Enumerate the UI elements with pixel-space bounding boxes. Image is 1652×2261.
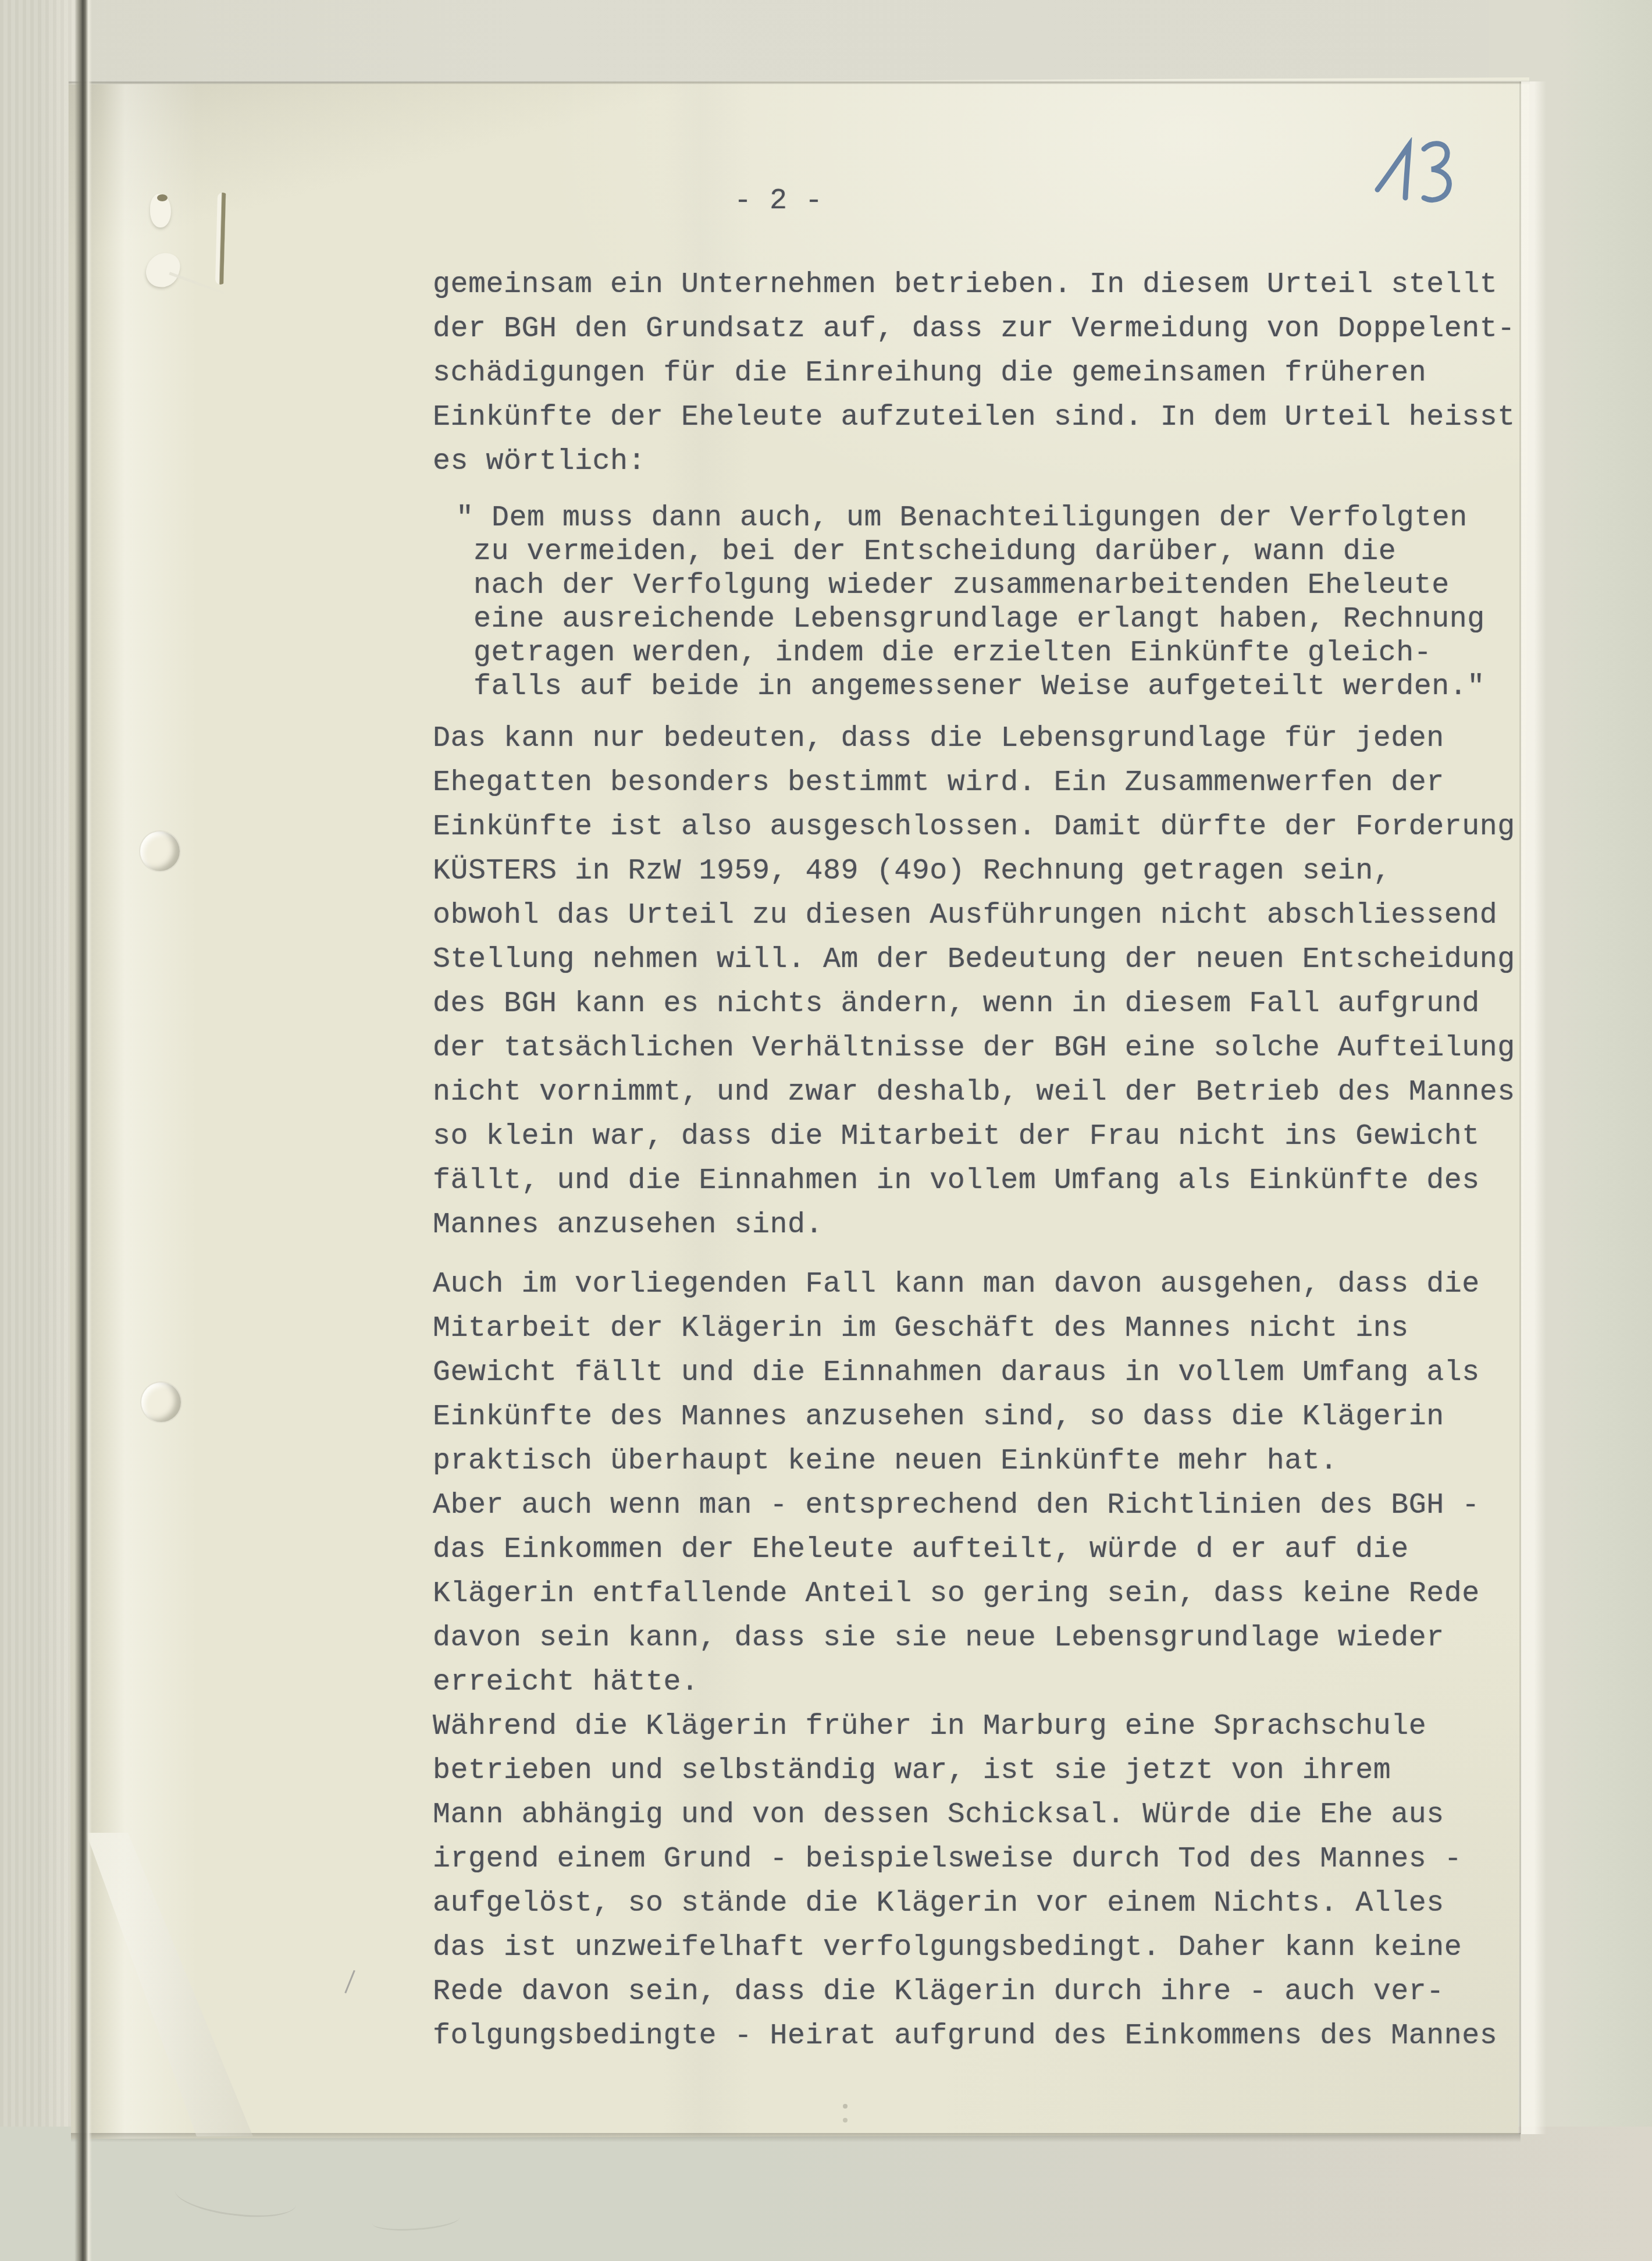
text-line: gemeinsam ein Unternehmen betrieben. In … bbox=[433, 263, 1550, 307]
page-bottom-edge-shadow bbox=[71, 2133, 1521, 2142]
text-line: zu vermeiden, bei der Entscheidung darüb… bbox=[433, 535, 1550, 569]
text-line: Einkünfte ist also ausgeschlossen. Damit… bbox=[433, 805, 1550, 849]
text-line: Ehegatten besonders bestimmt wird. Ein Z… bbox=[433, 761, 1550, 805]
digit-3-stroke bbox=[1424, 144, 1449, 200]
text-line: betrieben und selbständig war, ist sie j… bbox=[433, 1749, 1550, 1793]
text-line: irgend einem Grund - beispielsweise durc… bbox=[433, 1837, 1550, 1882]
text-line: Rede davon sein, dass die Klägerin durch… bbox=[433, 1970, 1550, 2014]
text-line: das ist unzweifelhaft verfolgungsbedingt… bbox=[433, 1926, 1550, 1970]
text-line: Auch im vorliegenden Fall kann man davon… bbox=[433, 1263, 1550, 1307]
text-line: Einkünfte des Mannes anzusehen sind, so … bbox=[433, 1395, 1550, 1439]
text-line: nach der Verfolgung wieder zusammenarbei… bbox=[433, 569, 1550, 603]
text-line: Mann abhängig und von dessen Schicksal. … bbox=[433, 1793, 1550, 1837]
text-line: fällt, und die Einnahmen in vollem Umfan… bbox=[433, 1159, 1550, 1203]
text-line: praktisch überhaupt keine neuen Einkünft… bbox=[433, 1439, 1550, 1484]
text-line: aufgelöst, so stände die Klägerin vor ei… bbox=[433, 1882, 1550, 1926]
background-sheet-top bbox=[0, 0, 1652, 87]
text-line: " Dem muss dann auch, um Benachteiligung… bbox=[433, 502, 1550, 535]
text-line: KÜSTERS in RzW 1959, 489 (49o) Rechnung … bbox=[433, 849, 1550, 894]
paper-fold-line bbox=[74, 0, 92, 2261]
text-line: Mannes anzusehen sind. bbox=[433, 1203, 1550, 1247]
text-line: Während die Klägerin früher in Marburg e… bbox=[433, 1705, 1550, 1749]
handwritten-13-strokes bbox=[1373, 137, 1461, 208]
text-line: erreicht hätte. bbox=[433, 1661, 1550, 1705]
text-block: " Dem muss dann auch, um Benachteiligung… bbox=[433, 502, 1550, 704]
text-line: falls auf beide in angemessener Weise au… bbox=[433, 670, 1550, 704]
text-line: das Einkommen der Eheleute aufteilt, wür… bbox=[433, 1528, 1550, 1572]
text-line: Einkünfte der Eheleute aufzuteilen sind.… bbox=[433, 396, 1550, 440]
text-block: Das kann nur bedeuten, dass die Lebensgr… bbox=[433, 717, 1550, 1247]
document-text: gemeinsam ein Unternehmen betrieben. In … bbox=[433, 263, 1550, 2059]
text-line: Gewicht fällt und die Einnahmen daraus i… bbox=[433, 1351, 1550, 1395]
staple-remnant bbox=[157, 194, 168, 201]
page-top-edge bbox=[69, 80, 1530, 84]
text-line: der BGH den Grundsatz auf, dass zur Verm… bbox=[433, 307, 1550, 351]
text-line: obwohl das Urteil zu diesen Ausführungen… bbox=[433, 894, 1550, 938]
punch-hole-bottom bbox=[141, 1382, 181, 1422]
text-line: Klägerin entfallende Anteil so gering se… bbox=[433, 1572, 1550, 1616]
text-line: der tatsächlichen Verhältnisse der BGH e… bbox=[433, 1026, 1550, 1071]
text-block: Auch im vorliegenden Fall kann man davon… bbox=[433, 1263, 1550, 2059]
text-line: getragen werden, indem die erzielten Ein… bbox=[433, 637, 1550, 670]
text-line: eine ausreichende Lebensgrundlage erlang… bbox=[433, 603, 1550, 637]
text-line: folgungsbedingte - Heirat aufgrund des E… bbox=[433, 2014, 1550, 2059]
text-line: davon sein kann, dass sie sie neue Leben… bbox=[433, 1616, 1550, 1661]
page-number: - 2 - bbox=[734, 185, 823, 218]
text-block: gemeinsam ein Unternehmen betrieben. In … bbox=[433, 263, 1550, 484]
text-line: so klein war, dass die Mitarbeit der Fra… bbox=[433, 1115, 1550, 1159]
text-line: Aber auch wenn man - entsprechend den Ri… bbox=[433, 1484, 1550, 1528]
digit-1-stroke bbox=[1377, 145, 1409, 198]
text-line: des BGH kann es nichts ändern, wenn in d… bbox=[433, 982, 1550, 1026]
handwritten-page-index bbox=[1373, 137, 1461, 208]
text-line: Mitarbeit der Klägerin im Geschäft des M… bbox=[433, 1307, 1550, 1351]
text-line: schädigungen für die Einreihung die geme… bbox=[433, 351, 1550, 396]
faint-ink-dots bbox=[843, 2104, 848, 2109]
punch-hole-top bbox=[140, 831, 180, 871]
text-line: Das kann nur bedeuten, dass die Lebensgr… bbox=[433, 717, 1550, 761]
scanned-document: - 2 - gemeinsam ein Unternehmen betriebe… bbox=[0, 0, 1652, 2261]
text-line: nicht vornimmt, und zwar deshalb, weil d… bbox=[433, 1071, 1550, 1115]
text-line: Stellung nehmen will. Am der Bedeutung d… bbox=[433, 938, 1550, 982]
text-line: es wörtlich: bbox=[433, 440, 1550, 484]
